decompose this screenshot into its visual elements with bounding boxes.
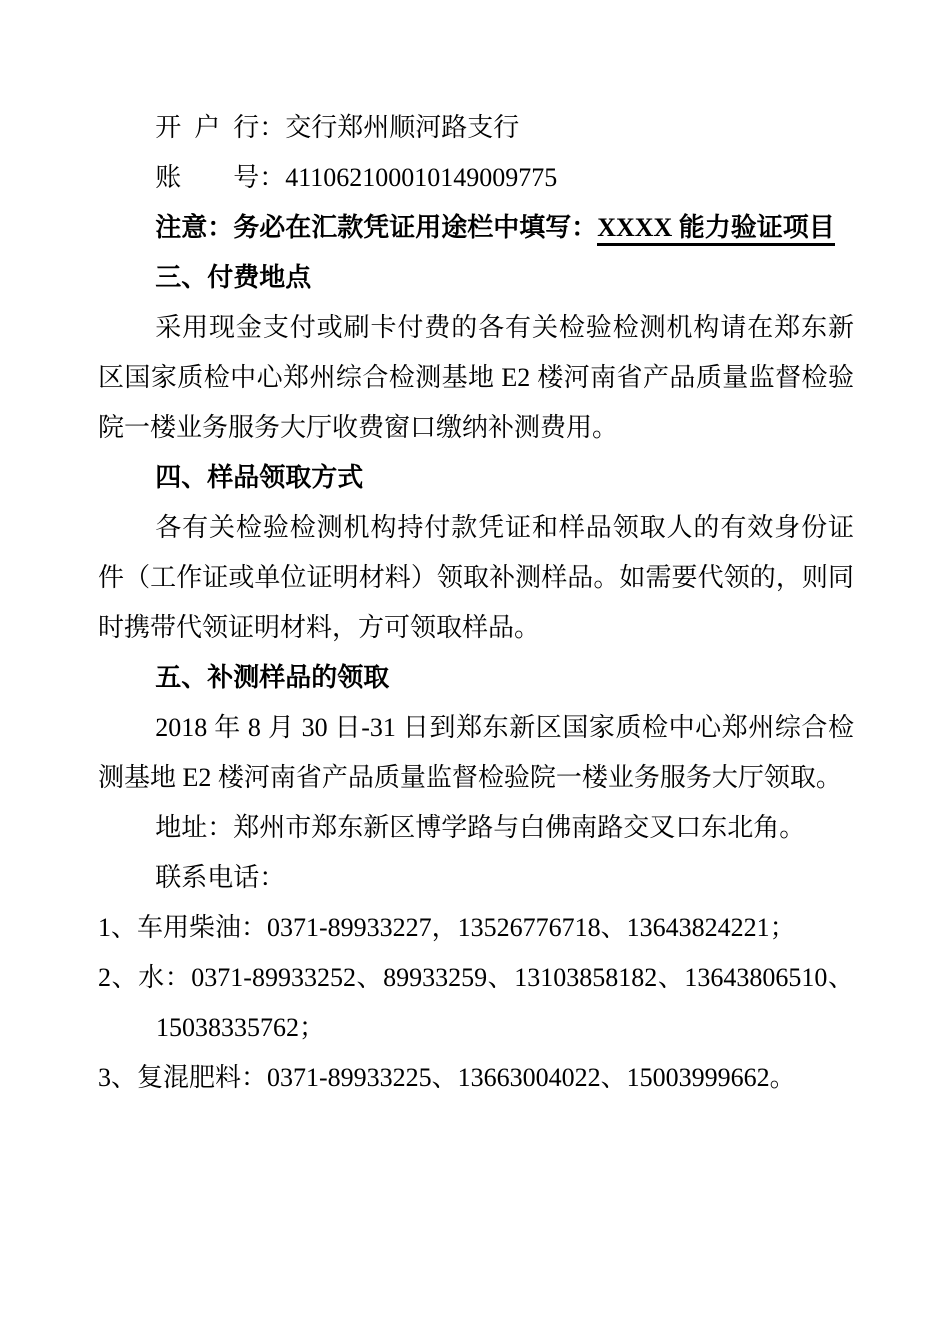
- contact-item-compound-fertilizer: 3、复混肥料：0371-89933225、13663004022、1500399…: [98, 1053, 854, 1103]
- contact-phone-heading: 联系电话：: [98, 853, 854, 903]
- section5-heading: 五、补测样品的领取: [98, 653, 854, 703]
- notice-highlight: XXXX 能力验证项目: [597, 213, 835, 246]
- contact-item-water: 2、水：0371-89933252、89933259、13103858182、1…: [98, 953, 854, 1053]
- bank-label: 开 户 行：: [155, 113, 285, 142]
- contact-item-diesel: 1、车用柴油：0371-89933227，13526776718、1364382…: [98, 903, 854, 953]
- section3-paragraph: 采用现金支付或刷卡付费的各有关检验检测机构请在郑东新区国家质检中心郑州综合检测基…: [98, 303, 854, 453]
- bank-line: 开 户 行：交行郑州顺河路支行: [98, 103, 854, 153]
- document-content: 开 户 行：交行郑州顺河路支行 账 号：41106210001014900977…: [98, 103, 854, 1103]
- bank-value: 交行郑州顺河路支行: [285, 113, 519, 142]
- section3-heading: 三、付费地点: [98, 253, 854, 303]
- section4-heading: 四、样品领取方式: [98, 453, 854, 503]
- section5-paragraph: 2018 年 8 月 30 日-31 日到郑东新区国家质检中心郑州综合检测基地 …: [98, 703, 854, 803]
- account-label: 账 号：: [155, 163, 285, 192]
- address-line: 地址：郑州市郑东新区博学路与白佛南路交叉口东北角。: [98, 803, 854, 853]
- notice-line: 注意：务必在汇款凭证用途栏中填写：XXXX 能力验证项目: [98, 203, 854, 253]
- notice-lead: 注意：务必在汇款凭证用途栏中填写：: [155, 213, 597, 242]
- section4-paragraph: 各有关检验检测机构持付款凭证和样品领取人的有效身份证件（工作证或单位证明材料）领…: [98, 503, 854, 653]
- document-page: 开 户 行：交行郑州顺河路支行 账 号：41106210001014900977…: [0, 0, 950, 1343]
- account-line: 账 号：411062100010149009775: [98, 153, 854, 203]
- account-number: 411062100010149009775: [285, 163, 557, 192]
